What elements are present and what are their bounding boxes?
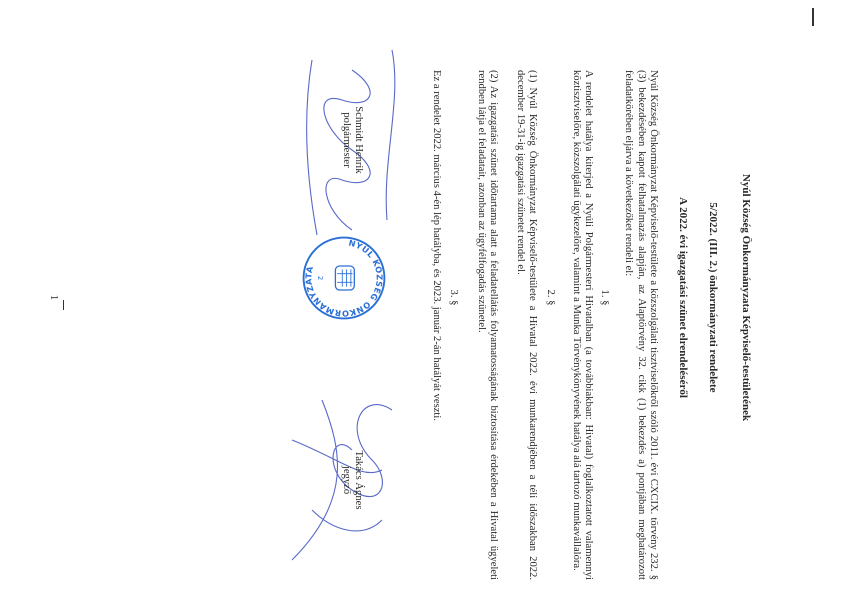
scan-mark-top [812, 8, 814, 26]
official-stamp-icon: NYÚL KÖZSÉG ÖNKORMÁNYZATA 2 [301, 235, 387, 321]
section-paragraph: A rendelet hatálya kiterjed a Nyúli Polg… [569, 70, 594, 580]
scan-mark-bottom [63, 300, 64, 310]
signatory-role: jegyző [339, 400, 351, 560]
signatory-role: polgármester [339, 60, 351, 220]
signatory-name: Takács Ágnes [352, 400, 364, 560]
section-paragraph: (1) Nyúl Község Önkormányzat Képviselő-t… [513, 70, 538, 580]
section-paragraph: Ez a rendelet 2022. március 4-én lép hat… [430, 70, 442, 580]
preamble: Nyúl Község Önkormányzat Képviselő-testü… [622, 70, 659, 580]
svg-text:2: 2 [316, 276, 324, 280]
signatory-mayor: Schmidt Henrik polgármester [339, 60, 364, 220]
document-title: Nyúl Község Önkormányzata Képviselő-test… [740, 0, 752, 595]
document-page: Nyúl Község Önkormányzata Képviselő-test… [0, 0, 842, 595]
section-heading: 1. § [598, 0, 610, 595]
page-number: 1 [48, 0, 60, 595]
notary-signature [272, 370, 402, 570]
signatory-name: Schmidt Henrik [352, 60, 364, 220]
section-heading: 3. § [447, 0, 459, 595]
section-heading: 2. § [544, 0, 556, 595]
section-paragraph: (2) Az igazgatási szünet időtartama alat… [474, 70, 499, 580]
regulation-number: 5/2022. (III. 2.) önkormányzati rendelet… [707, 0, 719, 595]
signatory-notary: Takács Ágnes jegyző [339, 400, 364, 560]
regulation-subject: A 2022. évi igazgatási szünet elrendelés… [677, 0, 689, 595]
